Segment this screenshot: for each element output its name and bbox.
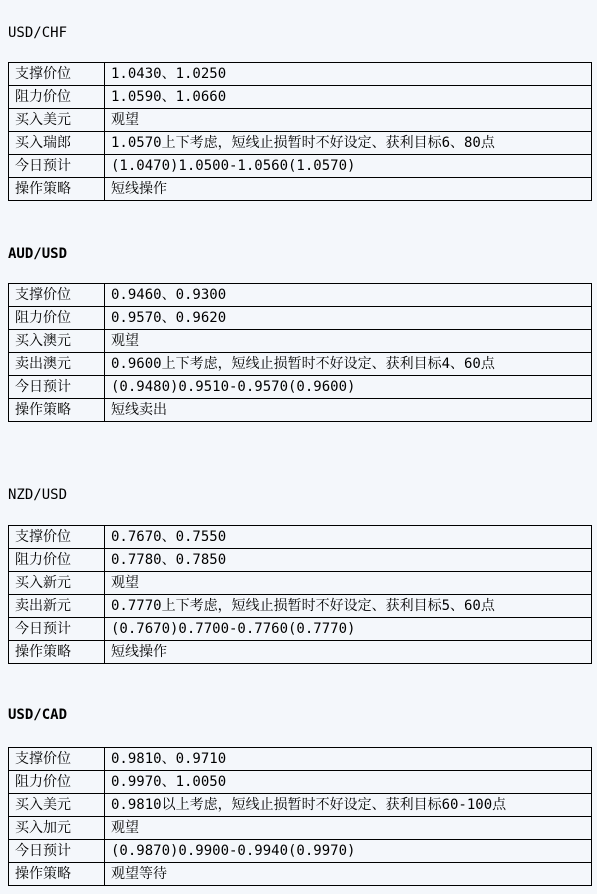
row-value-cell: 0.9570、0.9620 xyxy=(105,307,592,330)
row-label-cell: 阻力价位 xyxy=(9,771,105,794)
row-value-cell: 观望 xyxy=(105,572,592,595)
forex-strategy-page: { "page": { "background_color": "#f4f7fb… xyxy=(0,0,597,894)
table-row: 操作策略 短线卖出 xyxy=(9,399,592,422)
row-value-cell: 短线操作 xyxy=(105,641,592,664)
pair-title-nzd-usd: NZD/USD xyxy=(8,487,67,503)
table-row: 操作策略 短线操作 xyxy=(9,641,592,664)
table-row: 今日预计 (0.9870)0.9900-0.9940(0.9970) xyxy=(9,840,592,863)
row-value-cell: (0.7670)0.7700-0.7760(0.7770) xyxy=(105,618,592,641)
table-row: 今日预计 (1.0470)1.0500-1.0560(1.0570) xyxy=(9,155,592,178)
table-row: 买入新元 观望 xyxy=(9,572,592,595)
row-label-cell: 支撑价位 xyxy=(9,284,105,307)
table-row: 操作策略 短线操作 xyxy=(9,178,592,201)
row-label-cell: 操作策略 xyxy=(9,863,105,886)
quote-table-usd-chf: 支撑价位 1.0430、1.0250 阻力价位 1.0590、1.0660 买入… xyxy=(8,62,592,201)
row-label-cell: 买入新元 xyxy=(9,572,105,595)
table-row: 阻力价位 0.9970、1.0050 xyxy=(9,771,592,794)
table-row: 操作策略 观望等待 xyxy=(9,863,592,886)
row-value-cell: 0.9600上下考虑，短线止损暂时不好设定、获利目标4、60点 xyxy=(105,353,592,376)
row-label-cell: 支撑价位 xyxy=(9,526,105,549)
table-row: 支撑价位 0.9810、0.9710 xyxy=(9,748,592,771)
row-label-cell: 买入加元 xyxy=(9,817,105,840)
row-label-cell: 买入美元 xyxy=(9,794,105,817)
table-row: 阻力价位 0.7780、0.7850 xyxy=(9,549,592,572)
row-label-cell: 阻力价位 xyxy=(9,307,105,330)
row-label-cell: 卖出澳元 xyxy=(9,353,105,376)
table-row: 买入美元 0.9810以上考虑，短线止损暂时不好设定、获利目标60-100点 xyxy=(9,794,592,817)
table-row: 今日预计 (0.7670)0.7700-0.7760(0.7770) xyxy=(9,618,592,641)
row-value-cell: 1.0430、1.0250 xyxy=(105,63,592,86)
pair-title-usd-chf: USD/CHF xyxy=(8,25,67,41)
row-value-cell: 观望 xyxy=(105,330,592,353)
table-row: 卖出澳元 0.9600上下考虑，短线止损暂时不好设定、获利目标4、60点 xyxy=(9,353,592,376)
pair-title-aud-usd: AUD/USD xyxy=(8,246,67,262)
row-label-cell: 今日预计 xyxy=(9,155,105,178)
row-label-cell: 操作策略 xyxy=(9,399,105,422)
table-row: 买入美元 观望 xyxy=(9,109,592,132)
row-value-cell: 0.7770上下考虑，短线止损暂时不好设定、获利目标5、60点 xyxy=(105,595,592,618)
row-value-cell: 1.0570上下考虑，短线止损暂时不好设定、获利目标6、80点 xyxy=(105,132,592,155)
row-value-cell: 0.7670、0.7550 xyxy=(105,526,592,549)
row-value-cell: 短线卖出 xyxy=(105,399,592,422)
table-row: 买入澳元 观望 xyxy=(9,330,592,353)
row-label-cell: 买入美元 xyxy=(9,109,105,132)
row-label-cell: 卖出新元 xyxy=(9,595,105,618)
table-row: 支撑价位 0.9460、0.9300 xyxy=(9,284,592,307)
row-label-cell: 买入瑞郎 xyxy=(9,132,105,155)
row-value-cell: 观望 xyxy=(105,109,592,132)
table-row: 今日预计 (0.9480)0.9510-0.9570(0.9600) xyxy=(9,376,592,399)
row-value-cell: 0.7780、0.7850 xyxy=(105,549,592,572)
row-label-cell: 阻力价位 xyxy=(9,86,105,109)
table-row: 支撑价位 1.0430、1.0250 xyxy=(9,63,592,86)
row-value-cell: 0.9810以上考虑，短线止损暂时不好设定、获利目标60-100点 xyxy=(105,794,592,817)
row-label-cell: 今日预计 xyxy=(9,376,105,399)
row-label-cell: 操作策略 xyxy=(9,641,105,664)
quote-table-aud-usd: 支撑价位 0.9460、0.9300 阻力价位 0.9570、0.9620 买入… xyxy=(8,283,592,422)
row-value-cell: 短线操作 xyxy=(105,178,592,201)
row-label-cell: 今日预计 xyxy=(9,618,105,641)
row-label-cell: 支撑价位 xyxy=(9,63,105,86)
row-value-cell: 1.0590、1.0660 xyxy=(105,86,592,109)
table-row: 买入加元 观望 xyxy=(9,817,592,840)
quote-table-nzd-usd: 支撑价位 0.7670、0.7550 阻力价位 0.7780、0.7850 买入… xyxy=(8,525,592,664)
table-row: 买入瑞郎 1.0570上下考虑，短线止损暂时不好设定、获利目标6、80点 xyxy=(9,132,592,155)
row-label-cell: 支撑价位 xyxy=(9,748,105,771)
row-value-cell: 观望 xyxy=(105,817,592,840)
row-label-cell: 阻力价位 xyxy=(9,549,105,572)
row-label-cell: 操作策略 xyxy=(9,178,105,201)
pair-title-usd-cad: USD/CAD xyxy=(8,707,67,723)
row-value-cell: (0.9870)0.9900-0.9940(0.9970) xyxy=(105,840,592,863)
row-value-cell: 0.9810、0.9710 xyxy=(105,748,592,771)
table-row: 阻力价位 0.9570、0.9620 xyxy=(9,307,592,330)
table-row: 阻力价位 1.0590、1.0660 xyxy=(9,86,592,109)
table-row: 支撑价位 0.7670、0.7550 xyxy=(9,526,592,549)
row-value-cell: 0.9460、0.9300 xyxy=(105,284,592,307)
quote-table-usd-cad: 支撑价位 0.9810、0.9710 阻力价位 0.9970、1.0050 买入… xyxy=(8,747,592,886)
row-value-cell: (1.0470)1.0500-1.0560(1.0570) xyxy=(105,155,592,178)
row-value-cell: 0.9970、1.0050 xyxy=(105,771,592,794)
row-value-cell: 观望等待 xyxy=(105,863,592,886)
row-value-cell: (0.9480)0.9510-0.9570(0.9600) xyxy=(105,376,592,399)
table-row: 卖出新元 0.7770上下考虑，短线止损暂时不好设定、获利目标5、60点 xyxy=(9,595,592,618)
row-label-cell: 今日预计 xyxy=(9,840,105,863)
row-label-cell: 买入澳元 xyxy=(9,330,105,353)
